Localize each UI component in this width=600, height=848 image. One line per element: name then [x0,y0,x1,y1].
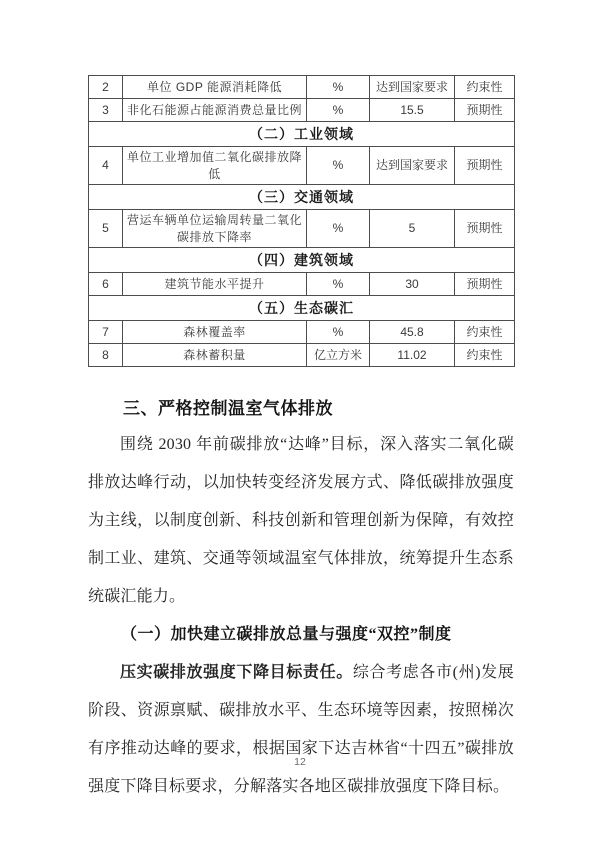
row-number: 2 [89,76,123,99]
section-heading: 三、严格控制温室气体排放 [88,394,514,419]
paragraph-2-rest: 综合考虑各市(州)发展阶段、资源禀赋、碳排放水平、生态环境等因素，按照梯次有序推… [88,664,514,795]
indicator-name: 单位工业增加值二氧化碳排放降低 [123,147,307,185]
row-number: 3 [89,99,123,122]
indicator-value: 5 [370,210,455,248]
paragraph-2-lead: 压实碳排放强度下降目标责任。 [120,664,353,681]
indicator-unit: % [307,147,370,185]
paragraph-1: 围绕 2030 年前碳排放“达峰”目标，深入落实二氧化碳排放达峰行动，以加快转变… [88,426,514,616]
indicator-unit: 亿立方米 [307,344,370,367]
table-row: 2 单位 GDP 能源消耗降低 % 达到国家要求 约束性 [89,76,515,99]
indicator-unit: % [307,99,370,122]
indicator-attr: 约束性 [455,321,515,344]
table-row: 6 建筑节能水平提升 % 30 预期性 [89,273,515,296]
table-row: 4 单位工业增加值二氧化碳排放降低 % 达到国家要求 预期性 [89,147,515,185]
section-title: （二）工业领域 [89,122,515,147]
indicator-name: 单位 GDP 能源消耗降低 [123,76,307,99]
page-content: 2 单位 GDP 能源消耗降低 % 达到国家要求 约束性 3 非化石能源占能源消… [88,75,514,806]
row-number: 7 [89,321,123,344]
row-number: 5 [89,210,123,248]
indicator-name: 森林覆盖率 [123,321,307,344]
table-row: 3 非化石能源占能源消费总量比例 % 15.5 预期性 [89,99,515,122]
table-section-row: （三）交通领域 [89,185,515,210]
table-row: 8 森林蓄积量 亿立方米 11.02 约束性 [89,344,515,367]
indicator-attr: 约束性 [455,76,515,99]
indicator-unit: % [307,321,370,344]
indicator-name: 营运车辆单位运输周转量二氧化碳排放下降率 [123,210,307,248]
indicator-table: 2 单位 GDP 能源消耗降低 % 达到国家要求 约束性 3 非化石能源占能源消… [88,75,515,367]
indicator-value: 30 [370,273,455,296]
paragraph-2: 压实碳排放强度下降目标责任。综合考虑各市(州)发展阶段、资源禀赋、碳排放水平、生… [88,654,514,806]
row-number: 4 [89,147,123,185]
indicator-attr: 预期性 [455,210,515,248]
table-section-row: （二）工业领域 [89,122,515,147]
indicator-unit: % [307,210,370,248]
indicator-value: 11.02 [370,344,455,367]
document-page: { "page": { "number": "12" }, "table": {… [0,0,600,848]
indicator-attr: 约束性 [455,344,515,367]
indicator-name: 非化石能源占能源消费总量比例 [123,99,307,122]
table-section-row: （五）生态碳汇 [89,296,515,321]
sub-heading: （一）加快建立碳排放总量与强度“双控”制度 [88,616,514,654]
indicator-unit: % [307,76,370,99]
table-section-row: （四）建筑领域 [89,248,515,273]
indicator-value: 达到国家要求 [370,76,455,99]
indicator-value: 15.5 [370,99,455,122]
indicator-name: 建筑节能水平提升 [123,273,307,296]
table-row: 5 营运车辆单位运输周转量二氧化碳排放下降率 % 5 预期性 [89,210,515,248]
indicator-attr: 预期性 [455,273,515,296]
row-number: 6 [89,273,123,296]
indicator-attr: 预期性 [455,99,515,122]
section-title: （三）交通领域 [89,185,515,210]
indicator-attr: 预期性 [455,147,515,185]
indicator-name: 森林蓄积量 [123,344,307,367]
page-number: 12 [0,756,600,768]
indicator-unit: % [307,273,370,296]
row-number: 8 [89,344,123,367]
section-title: （五）生态碳汇 [89,296,515,321]
indicator-value: 达到国家要求 [370,147,455,185]
indicator-value: 45.8 [370,321,455,344]
section-title: （四）建筑领域 [89,248,515,273]
table-row: 7 森林覆盖率 % 45.8 约束性 [89,321,515,344]
